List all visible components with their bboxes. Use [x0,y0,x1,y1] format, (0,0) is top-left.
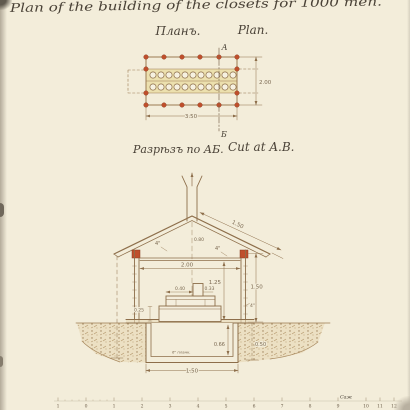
plan-width-label: 3.50 [185,114,198,120]
scale-label: 2 [141,404,144,410]
scale-label: 0 [85,404,88,410]
seat-front-label: 0.25 [134,308,144,314]
scale-label: 10 [363,404,369,410]
plan-holes-row-1 [150,72,236,78]
scale-label: 1 [113,404,116,410]
scale-label: 9 [337,404,340,410]
section-captions: Разрѣзъ по АБ. Cut at A.B. [132,140,294,156]
ridge-rise-label: 0.80 [194,237,204,243]
wall-boards-leader [246,304,250,306]
scale-label: 8 [309,404,312,410]
plan-caption-russian: Планъ. [155,24,201,38]
ground-left [77,323,146,363]
pit-width-label: 1.50 [186,369,199,375]
interior-width-label: 2.00 [181,263,194,269]
rafter-left-leader [161,247,167,251]
tie-beam [140,258,240,261]
section-mark-top: А [221,43,228,52]
pit-depth-label: 0.66 [214,342,225,348]
page-corner-bottom-right [394,396,410,410]
page-corner-top-left [0,0,12,10]
scale-label: 4 [197,404,200,410]
plan-height-label: 2.00 [259,80,272,86]
wall-boards-label: 4" [250,303,255,309]
vent-chimney [182,173,202,221]
wall-plate-right [240,250,248,258]
scale-label: 5 [225,404,228,410]
rafter-left-label: 4" [155,241,160,247]
section-caption-english: Cut at A.B. [228,140,294,154]
pit-interior [151,323,233,357]
scale-label: 7 [281,404,284,410]
seat-riser-label: 0.33 [205,286,215,292]
roof-slope-label: 1.50 [231,220,245,231]
seat-width-label: 0.40 [175,286,185,292]
scale-unit-label: Саж [340,395,353,401]
pit-floor-note: 6" планк. [172,350,191,355]
scale-label: 3 [169,404,172,410]
titles: Plan of the building of the closets for … [9,0,382,38]
pit-side-depth-label: 0.50 [255,342,266,348]
section-view: 1.50 4" 4" 0.80 2.00 1.25 [76,173,330,375]
plan-dashed-extension [128,70,146,93]
scale-label: 1 [57,404,60,410]
plan-caption-english: Plan. [237,23,269,37]
section-mark-bottom: Б [220,130,227,139]
seat-front-dimension [148,307,152,322]
scale-label: 6 [253,404,256,410]
scale-bar: 1 0 1 2 3 4 5 6 7 8 9 10 11 12 Саж [54,395,402,410]
edge-speck [0,356,3,367]
section-caption-russian: Разрѣзъ по АБ. [132,143,224,156]
rafter-right-leader [221,252,227,256]
rafter-right-label: 4" [215,246,220,252]
scanned-drawing-page: Plan of the building of the closets for … [0,0,410,410]
plan-view: 2.00 3.50 А Б [128,43,272,139]
edge-speck [0,203,4,217]
interior-height-label: 1.25 [209,280,222,286]
ground-right [238,323,325,363]
drawing-canvas: Plan of the building of the closets for … [0,0,410,410]
scale-label: 11 [377,404,383,410]
plan-holes-row-2 [150,84,236,90]
wall-height-label: 1.50 [251,285,264,291]
wall-plate-left [132,250,140,258]
page-title: Plan of the building of the closets for … [9,0,382,15]
